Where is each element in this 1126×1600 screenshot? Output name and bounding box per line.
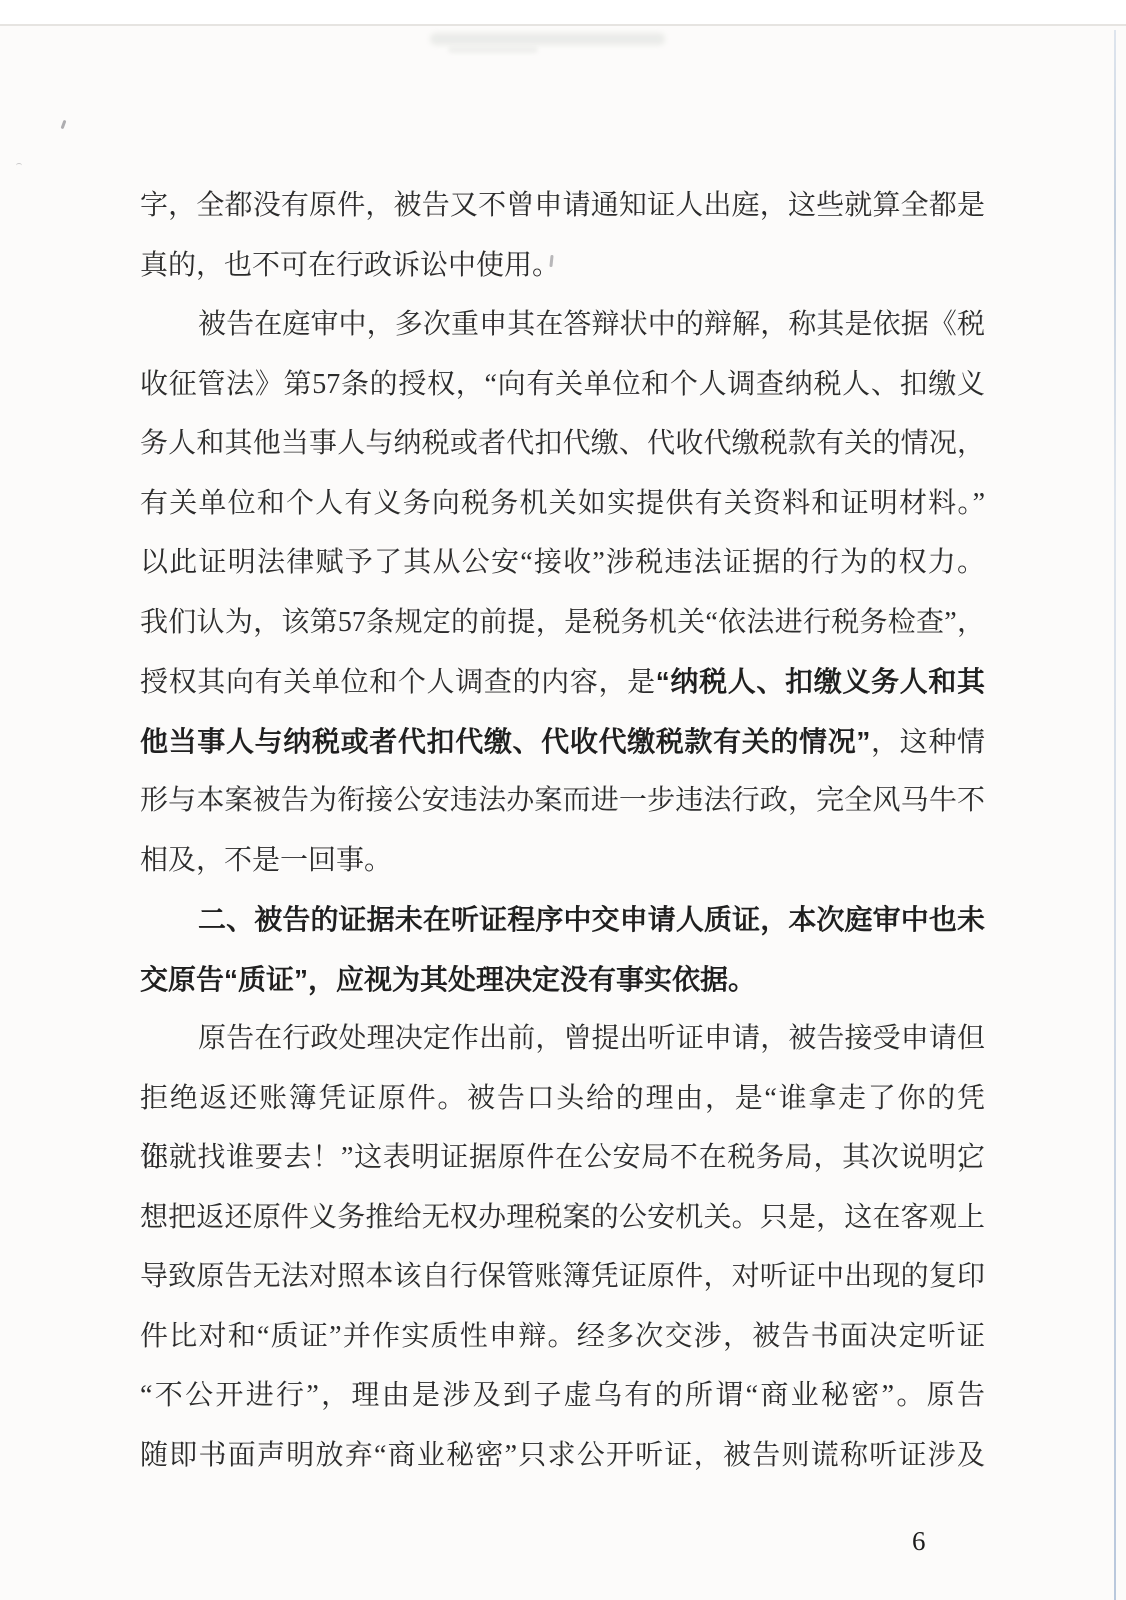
text-line: 拒绝返还账簿凭证原件。被告口头给的理由，是“谁拿走了你的凭证， [140, 1069, 985, 1129]
text-line: 收征管法》第57条的授权，“向有关单位和个人调查纳税人、扣缴义 [140, 355, 985, 415]
text-line: 授权其向有关单位和个人调查的内容，是“纳税人、扣缴义务人和其 [140, 652, 985, 712]
text-run-bold: “纳税人、扣缴义务人和其 [656, 666, 985, 697]
scan-speck-artifact [16, 163, 22, 168]
scan-hairline-artifact [0, 24, 1126, 26]
text-line: 想把返还原件义务推给无权办理税案的公安机关。只是，这在客观上 [140, 1188, 985, 1248]
scan-smudge-artifact [448, 47, 538, 53]
text-line: 导致原告无法对照本该自行保管账簿凭证原件，对听证中出现的复印 [140, 1247, 985, 1307]
text-line: 我们认为，该第57条规定的前提，是税务机关“依法进行税务检查”， [140, 593, 985, 653]
section-heading-line: 二、被告的证据未在听证程序中交申请人质证，本次庭审中也未 [140, 890, 985, 950]
text-line: 有关单位和个人有义务向税务机关如实提供有关资料和证明材料。” [140, 474, 985, 534]
text-line: 被告在庭审中，多次重申其在答辩状中的辩解，称其是依据《税 [140, 295, 985, 355]
text-line: 件比对和“质证”并作实质性申辩。经多次交涉，被告书面决定听证 [140, 1307, 985, 1367]
text-line: 务人和其他当事人与纳税或者代扣代缴、代收代缴税款有关的情况， [140, 414, 985, 474]
text-run: 授权其向有关单位和个人调查的内容，是 [140, 667, 656, 698]
text-line: “不公开进行”，理由是涉及到子虚乌有的所谓“商业秘密”。原告 [140, 1366, 985, 1426]
text-line: 随即书面声明放弃“商业秘密”只求公开听证，被告则谎称听证涉及 [140, 1426, 985, 1486]
scan-smudge-artifact [430, 33, 665, 45]
text-line: 他当事人与纳税或者代扣代缴、代收代缴税款有关的情况”，这种情 [140, 712, 985, 772]
text-line: 形与本案被告为衔接公安违法办案而进一步违法行政，完全风马牛不 [140, 771, 985, 831]
text-line: 真的，也不可在行政诉讼中使用。 [140, 236, 985, 296]
text-line: 字，全都没有原件，被告又不曾申请通知证人出庭，这些就算全都是 [140, 176, 985, 236]
document-page: 字，全都没有原件，被告又不曾申请通知证人出庭，这些就算全都是 真的，也不可在行政… [0, 0, 1126, 1600]
scan-edge-line-artifact [1114, 30, 1116, 1600]
text-line: 相及，不是一回事。 [140, 831, 985, 891]
text-line: 以此证明法律赋予了其从公安“接收”涉税违法证据的行为的权力。 [140, 533, 985, 593]
text-line: 原告在行政处理决定作出前，曾提出听证申请，被告接受申请但 [140, 1009, 985, 1069]
document-text-block: 字，全都没有原件，被告又不曾申请通知证人出庭，这些就算全都是 真的，也不可在行政… [140, 176, 985, 1485]
text-run-bold: 他当事人与纳税或者代扣代缴、代收代缴税款有关的情况” [140, 726, 870, 757]
scan-top-strip [0, 0, 1126, 24]
scan-speck-artifact [61, 120, 67, 129]
text-line: 你就找谁要去！”这表明证据原件在公安局不在税务局，其次说明它 [140, 1128, 985, 1188]
text-run: ，这种情 [870, 727, 985, 758]
section-heading-line: 交原告“质证”，应视为其处理决定没有事实依据。 [140, 950, 985, 1010]
page-number: 6 [912, 1526, 926, 1557]
